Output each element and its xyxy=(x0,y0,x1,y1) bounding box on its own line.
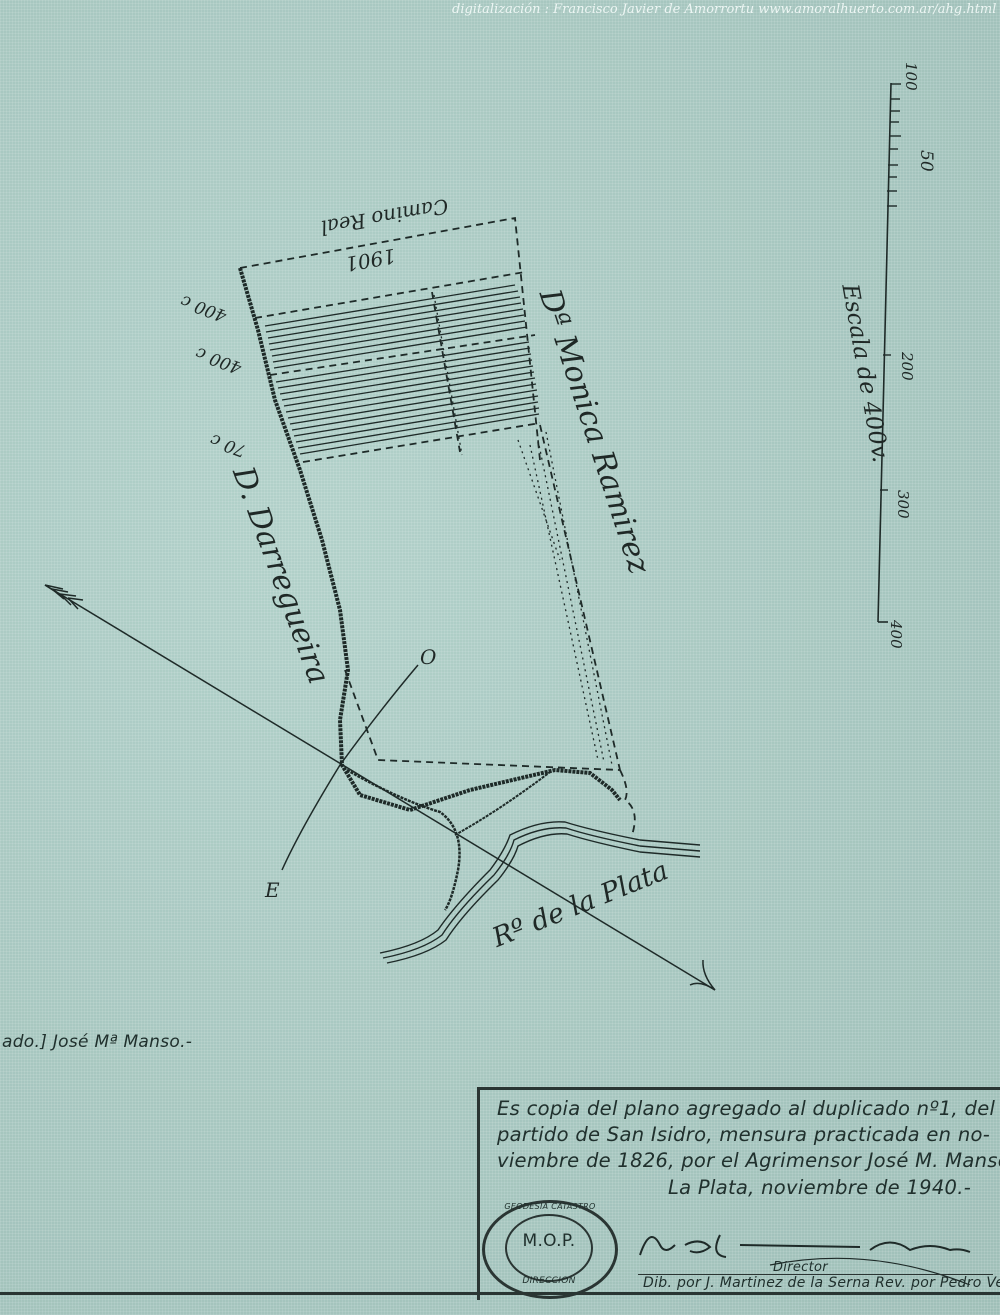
certificate-line-2: partido de San Isidro, mensura practicad… xyxy=(497,1123,990,1146)
seal-bottom-text: DIRECCION xyxy=(515,1276,583,1286)
mop-seal: GEODESIA CATASTRO M.O.P. DIRECCION xyxy=(482,1200,618,1299)
director-role: Director xyxy=(773,1260,828,1275)
draftsman-credit: Dib. por J. Martinez de la Serna Rev. po… xyxy=(643,1275,1000,1291)
certificate-date: La Plata, noviembre de 1940.- xyxy=(668,1176,971,1199)
surveyor-signature-line: ado.] José Mª Manso.- xyxy=(2,1032,192,1052)
compass-south-letter: E xyxy=(265,878,280,902)
scale-label-300: 300 xyxy=(894,490,912,519)
seal-top-text: GEODESIA CATASTRO xyxy=(497,1202,603,1211)
secondary-stream xyxy=(347,770,460,910)
scale-label-100: 100 xyxy=(902,62,920,91)
river-shoreline xyxy=(380,822,700,963)
compass-north-letter: O xyxy=(420,645,436,669)
bottom-border-rule xyxy=(0,1292,1000,1295)
certificate-line-3: viembre de 1826, por el Agrimensor José … xyxy=(497,1149,1000,1172)
scale-label-50: 50 xyxy=(916,150,936,172)
scale-label-400: 400 xyxy=(887,620,905,649)
scale-label-200: 200 xyxy=(898,352,916,381)
compass-lines xyxy=(45,585,715,990)
certificate-line-1: Es copia del plano agregado al duplicado… xyxy=(497,1097,995,1120)
seal-center-text: M.O.P. xyxy=(515,1231,583,1251)
